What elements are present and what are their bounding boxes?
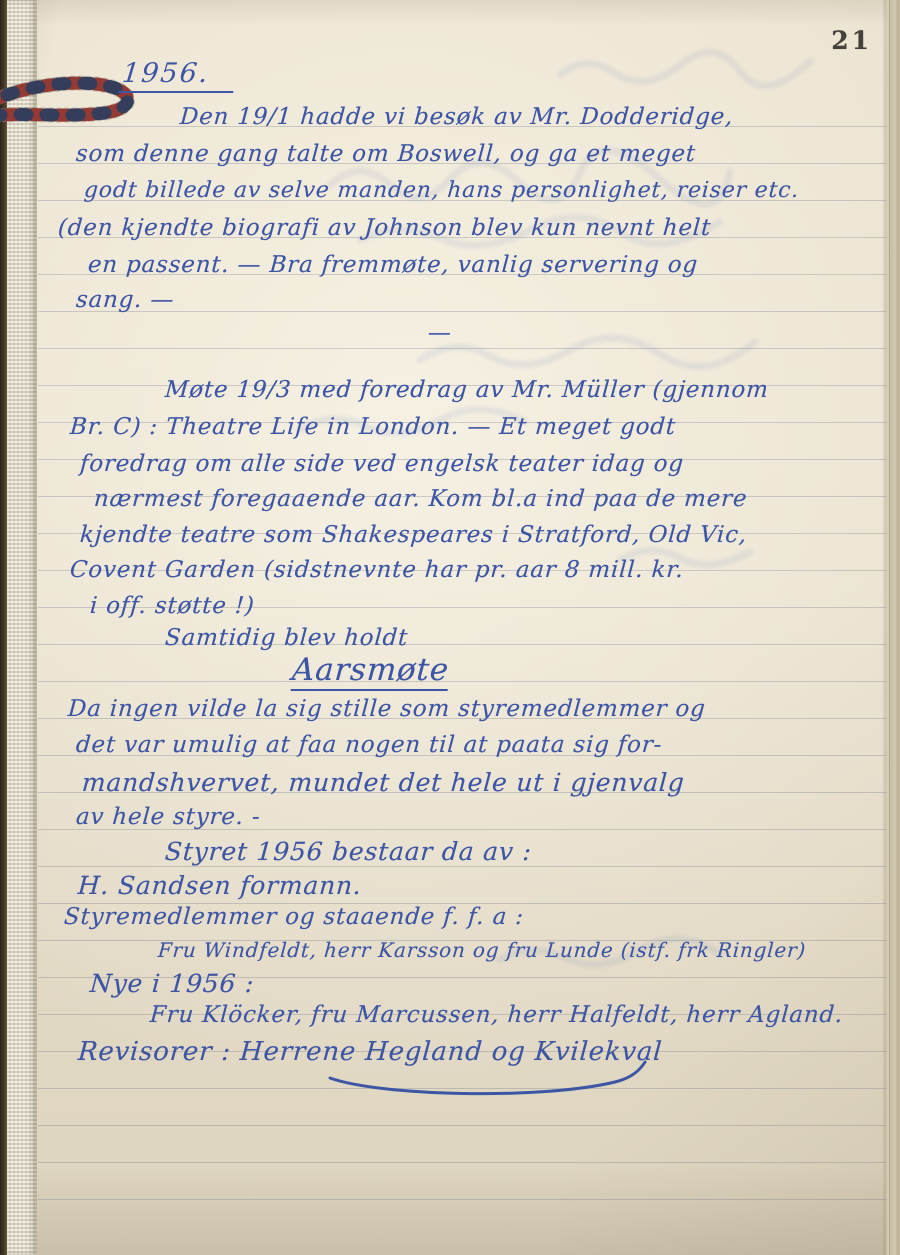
handwritten-line: godt billede av selve manden, hans perso… xyxy=(83,178,800,203)
handwritten-line: Fru Windfeldt, herr Karsson og fru Lunde… xyxy=(157,938,807,962)
handwritten-line: Nye i 1956 : xyxy=(89,969,255,998)
handwritten-line: av hele styre. - xyxy=(75,804,261,830)
handwritten-line: sang. — xyxy=(75,287,175,313)
handwritten-line: Aarsmøte xyxy=(291,652,451,691)
handwritten-line: H. Sandsen formann. xyxy=(77,871,363,900)
handwritten-line: kjendte teatre som Shakespeares i Stratf… xyxy=(79,522,748,548)
handwritten-line: nærmest foregaaende aar. Kom bl.a ind pa… xyxy=(93,486,748,512)
scanned-notebook-photo: { "page": { "number": "21", "year_headin… xyxy=(0,0,900,1255)
handwritten-line: — xyxy=(427,320,453,346)
handwritten-line: Da ingen vilde la sig stille som styreme… xyxy=(67,696,707,722)
handwritten-line: Fru Klöcker, fru Marcussen, herr Halfeld… xyxy=(149,1002,844,1028)
handwritten-line: foredrag om alle side ved engelsk teater… xyxy=(79,451,685,477)
handwritten-line: Styremedlemmer og staaende f. f. a : xyxy=(63,904,525,930)
handwritten-line: som denne gang talte om Boswell, og ga e… xyxy=(75,141,697,167)
handwritten-line: en passent. — Bra fremmøte, vanlig serve… xyxy=(87,252,699,278)
handwritten-line: Covent Garden (sidstnevnte har pr. aar 8… xyxy=(69,557,685,583)
handwritten-line: Revisorer : Herrene Hegland og Kvilekval xyxy=(77,1037,663,1067)
handwritten-line: (den kjendte biografi av Johnson blev ku… xyxy=(57,215,712,241)
handwritten-line: Samtidig blev holdt xyxy=(164,625,409,651)
handwritten-line: Den 19/1 hadde vi besøk av Mr. Dodderidg… xyxy=(179,104,734,130)
handwritten-line: Møte 19/3 med foredrag av Mr. Müller (gj… xyxy=(164,377,770,403)
handwritten-line: Br. C) : Theatre Life in London. — Et me… xyxy=(69,414,677,440)
handwriting: Den 19/1 hadde vi besøk av Mr. Dodderidg… xyxy=(0,0,900,1255)
handwritten-line: mandshvervet, mundet det hele ut i gjenv… xyxy=(81,768,686,797)
handwritten-line: i off. støtte !) xyxy=(89,593,255,619)
handwritten-line: Styret 1956 bestaar da av : xyxy=(164,837,533,866)
handwritten-line: det var umulig at faa nogen til at paata… xyxy=(75,732,663,758)
